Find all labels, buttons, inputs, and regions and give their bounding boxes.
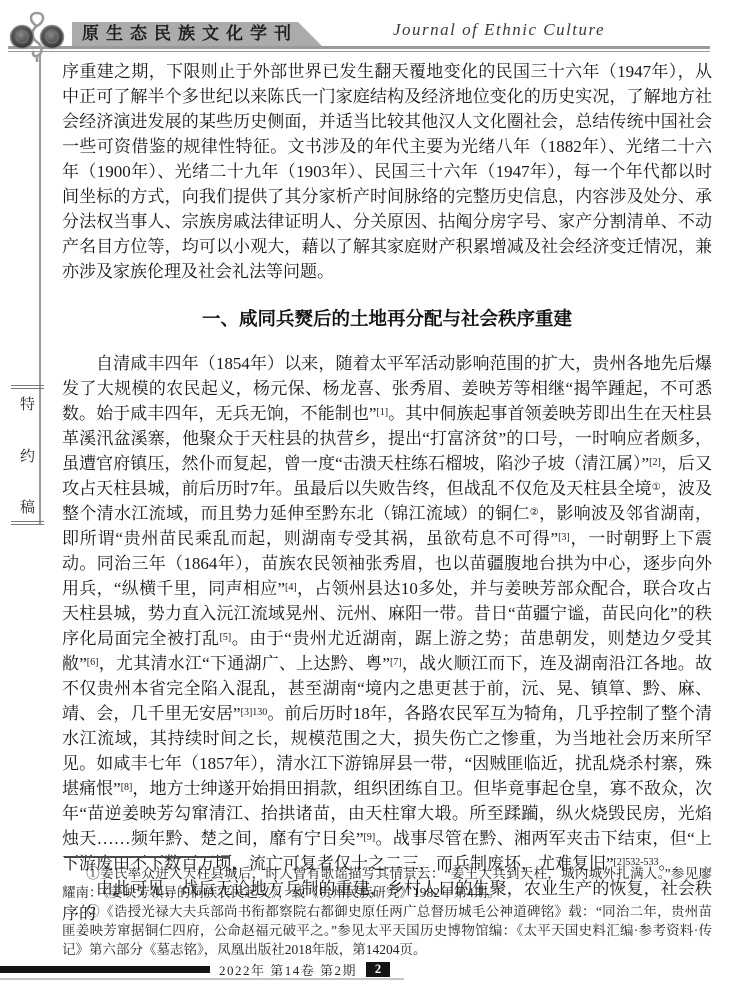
journal-logo-icon — [6, 10, 68, 62]
page-footer: 2022年 第14卷 第2期 2 — [0, 961, 404, 980]
article-body: 序重建之期，下限则止于外部世界已发生翻天覆地变化的民国三十六年（1947年），从… — [62, 59, 712, 926]
column-label-char: 约 — [20, 445, 35, 466]
page-number: 2 — [366, 962, 390, 977]
journal-title-banner: 原生态民族文化学刊 — [72, 22, 322, 46]
column-label-char: 特 — [20, 393, 35, 414]
footnotes: ①姜氏率众进入天柱县城后，时人曾有歌谣描写其情景云：“姜王大兵到天柱，城内城外扎… — [62, 864, 712, 959]
column-label: 特 约 稿 — [11, 393, 44, 517]
issue-info: 2022年 第14卷 第2期 — [219, 960, 357, 979]
column-label-bottom-rule — [11, 521, 44, 525]
footer-bar — [0, 966, 210, 973]
journal-page: 原生态民族文化学刊 Journal of Ethnic Culture — [0, 0, 750, 1000]
journal-title-zh: 原生态民族文化学刊 — [72, 22, 322, 46]
column-label-top-rule — [11, 385, 44, 389]
paragraph: 自清咸丰四年（1854年）以来，随着太平军活动影响范围的扩大，贵州各地先后爆发了… — [62, 351, 712, 876]
paragraph-continuation: 序重建之期，下限则止于外部世界已发生翻天覆地变化的民国三十六年（1947年），从… — [62, 59, 712, 284]
footnote: ②《诰授光禄大夫兵部尚书衔都察院右都御史原任两广总督历城毛公神道碑铭》载：“同治… — [62, 902, 712, 959]
journal-title-en: Journal of Ethnic Culture — [393, 20, 605, 40]
footnote-separator — [64, 856, 230, 858]
section-heading: 一、咸同兵燹后的土地再分配与社会秩序重建 — [62, 305, 712, 331]
header-double-rule — [8, 46, 710, 52]
column-label-box: 特 约 稿 — [11, 385, 44, 525]
column-label-char: 稿 — [20, 496, 35, 517]
footnote: ①姜氏率众进入天柱县城后，时人曾有歌谣描写其情景云：“姜王大兵到天柱，城内城外扎… — [62, 864, 712, 902]
